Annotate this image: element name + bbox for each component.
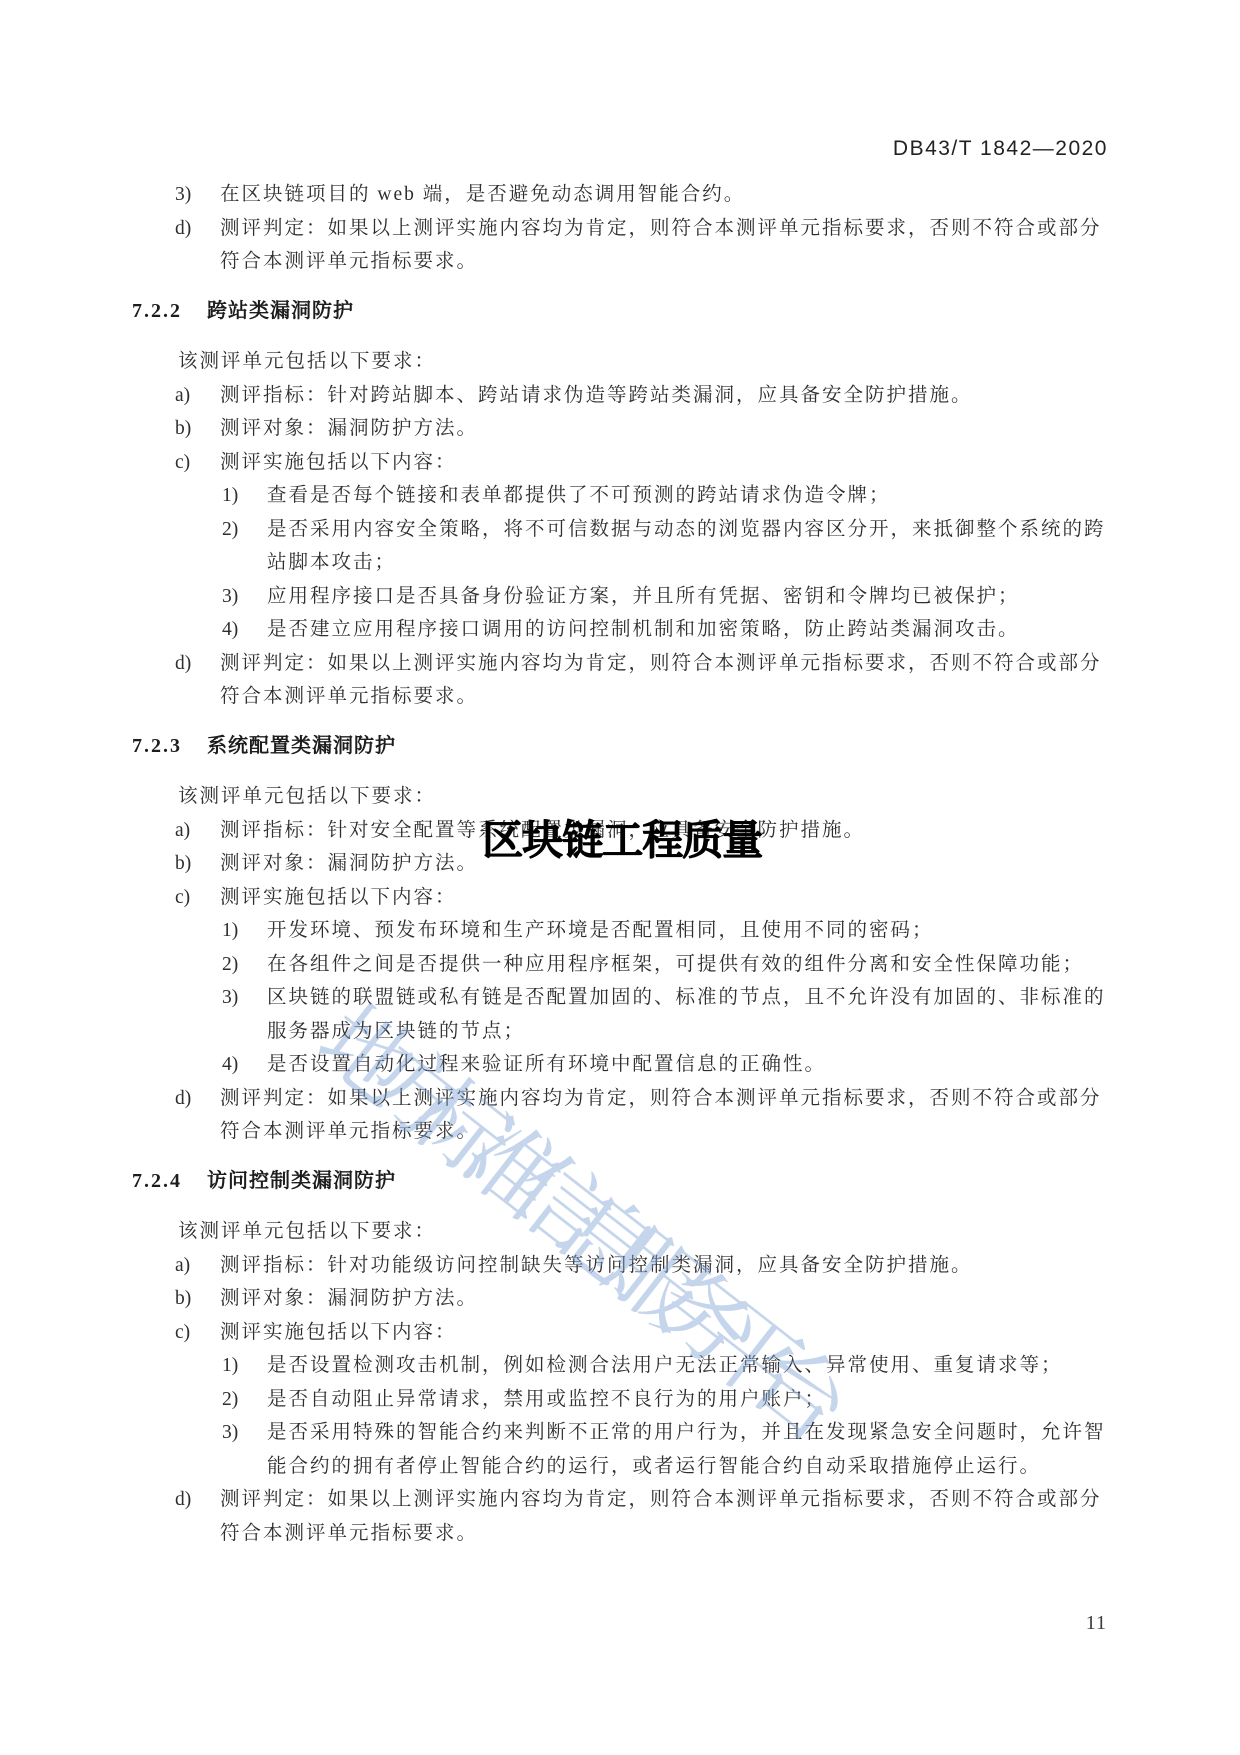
item-text: 测评判定：如果以上测评实施内容均为肯定，则符合本测评单元指标要求，否则不符合或部… [220, 1489, 1102, 1510]
item-label: 2) [222, 948, 267, 982]
overlay-stamp-title: 区块链工程质量 [482, 818, 762, 862]
item-continuation: 符合本测评单元指标要求。 [0, 680, 1240, 714]
item-text: 测评判定：如果以上测评实施内容均为肯定，则符合本测评单元指标要求，否则不符合或部… [220, 653, 1102, 674]
item-text: 测评判定：如果以上测评实施内容均为肯定，则符合本测评单元指标要求，否则不符合或部… [220, 1088, 1102, 1109]
item-label: 1) [222, 914, 267, 948]
item-label: 3) [175, 178, 220, 212]
list-item: d)测评判定：如果以上测评实施内容均为肯定，则符合本测评单元指标要求，否则不符合… [0, 1483, 1240, 1517]
item-label: c) [175, 446, 220, 480]
item-text: 测评对象：漏洞防护方法。 [220, 1288, 478, 1309]
heading-title: 跨站类漏洞防护 [207, 300, 354, 322]
item-label: a) [175, 1249, 220, 1283]
list-item: b)测评对象：漏洞防护方法。 [0, 1282, 1240, 1316]
item-text: 测评对象：漏洞防护方法。 [220, 418, 478, 439]
item-text: 在区块链项目的 web 端，是否避免动态调用智能合约。 [220, 184, 745, 205]
item-text: 是否自动阻止异常请求，禁用或监控不良行为的用户账户； [267, 1389, 826, 1410]
heading-title: 系统配置类漏洞防护 [207, 735, 396, 757]
item-label: b) [175, 847, 220, 881]
list-item: 3)在区块链项目的 web 端，是否避免动态调用智能合约。 [0, 178, 1240, 212]
list-item: c)测评实施包括以下内容： [0, 1316, 1240, 1350]
item-label: c) [175, 881, 220, 915]
heading-title: 访问控制类漏洞防护 [207, 1170, 396, 1192]
item-text: 该测评单元包括以下要求： [178, 786, 436, 807]
item-text: 是否采用内容安全策略，将不可信数据与动态的浏览器内容区分开，来抵御整个系统的跨 [267, 519, 1106, 540]
item-label: 3) [222, 981, 267, 1015]
list-item: d)测评判定：如果以上测评实施内容均为肯定，则符合本测评单元指标要求，否则不符合… [0, 1082, 1240, 1116]
item-continuation: 能合约的拥有者停止智能合约的运行，或者运行智能合约自动采取措施停止运行。 [0, 1450, 1240, 1484]
item-text: 测评实施包括以下内容： [220, 887, 457, 908]
list-item: 1)开发环境、预发布环境和生产环境是否配置相同，且使用不同的密码； [0, 914, 1240, 948]
item-text: 是否设置自动化过程来验证所有环境中配置信息的正确性。 [267, 1054, 826, 1075]
heading-number: 7.2.3 [132, 730, 207, 764]
item-text: 测评实施包括以下内容： [220, 452, 457, 473]
paragraph: 该测评单元包括以下要求： [0, 1215, 1240, 1249]
item-continuation: 符合本测评单元指标要求。 [0, 1115, 1240, 1149]
list-item: d)测评判定：如果以上测评实施内容均为肯定，则符合本测评单元指标要求，否则不符合… [0, 212, 1240, 246]
item-label: d) [175, 212, 220, 246]
item-label: d) [175, 1082, 220, 1116]
item-text: 在各组件之间是否提供一种应用程序框架，可提供有效的组件分离和安全性保障功能； [267, 954, 1084, 975]
item-label: a) [175, 814, 220, 848]
item-text: 查看是否每个链接和表单都提供了不可预测的跨站请求伪造令牌； [267, 485, 891, 506]
item-label: 3) [222, 1416, 267, 1450]
list-item: 4)是否建立应用程序接口调用的访问控制机制和加密策略，防止跨站类漏洞攻击。 [0, 613, 1240, 647]
item-label: 2) [222, 1383, 267, 1417]
heading-number: 7.2.2 [132, 295, 207, 329]
item-label: d) [175, 1483, 220, 1517]
list-item: 1)是否设置检测攻击机制，例如检测合法用户无法正常输入、异常使用、重复请求等； [0, 1349, 1240, 1383]
item-text: 该测评单元包括以下要求： [178, 351, 436, 372]
heading-number: 7.2.4 [132, 1165, 207, 1199]
item-text: 是否建立应用程序接口调用的访问控制机制和加密策略，防止跨站类漏洞攻击。 [267, 619, 1020, 640]
item-text: 测评指标：针对跨站脚本、跨站请求伪造等跨站类漏洞，应具备安全防护措施。 [220, 385, 973, 406]
content-area: 3)在区块链项目的 web 端，是否避免动态调用智能合约。d)测评判定：如果以上… [0, 0, 1240, 1550]
item-label: a) [175, 379, 220, 413]
paragraph: 该测评单元包括以下要求： [0, 345, 1240, 379]
list-item: 1)查看是否每个链接和表单都提供了不可预测的跨站请求伪造令牌； [0, 479, 1240, 513]
item-label: c) [175, 1316, 220, 1350]
item-label: 3) [222, 580, 267, 614]
document-page: DB43/T 1842—2020 3)在区块链项目的 web 端，是否避免动态调… [0, 0, 1240, 1755]
item-text: 测评对象：漏洞防护方法。 [220, 853, 478, 874]
item-text: 该测评单元包括以下要求： [178, 1221, 436, 1242]
item-label: d) [175, 647, 220, 681]
list-item: c)测评实施包括以下内容： [0, 881, 1240, 915]
list-item: a)测评指标：针对功能级访问控制缺失等访问控制类漏洞，应具备安全防护措施。 [0, 1249, 1240, 1283]
section-heading: 7.2.2跨站类漏洞防护 [0, 295, 1240, 329]
item-text: 测评实施包括以下内容： [220, 1322, 457, 1343]
paragraph: 该测评单元包括以下要求： [0, 780, 1240, 814]
item-label: 2) [222, 513, 267, 547]
list-item: 3)是否采用特殊的智能合约来判断不正常的用户行为，并且在发现紧急安全问题时，允许… [0, 1416, 1240, 1450]
section-heading: 7.2.3系统配置类漏洞防护 [0, 730, 1240, 764]
section-heading: 7.2.4访问控制类漏洞防护 [0, 1165, 1240, 1199]
list-item: 3)应用程序接口是否具备身份验证方案，并且所有凭据、密钥和令牌均已被保护； [0, 580, 1240, 614]
list-item: 2)在各组件之间是否提供一种应用程序框架，可提供有效的组件分离和安全性保障功能； [0, 948, 1240, 982]
list-item: c)测评实施包括以下内容： [0, 446, 1240, 480]
item-label: 4) [222, 1048, 267, 1082]
list-item: a)测评指标：针对跨站脚本、跨站请求伪造等跨站类漏洞，应具备安全防护措施。 [0, 379, 1240, 413]
item-continuation: 符合本测评单元指标要求。 [0, 245, 1240, 279]
item-label: 1) [222, 1349, 267, 1383]
list-item: d)测评判定：如果以上测评实施内容均为肯定，则符合本测评单元指标要求，否则不符合… [0, 647, 1240, 681]
item-continuation: 站脚本攻击； [0, 546, 1240, 580]
list-item: 2)是否采用内容安全策略，将不可信数据与动态的浏览器内容区分开，来抵御整个系统的… [0, 513, 1240, 547]
item-label: 4) [222, 613, 267, 647]
item-label: b) [175, 412, 220, 446]
list-item: b)测评对象：漏洞防护方法。 [0, 412, 1240, 446]
item-text: 应用程序接口是否具备身份验证方案，并且所有凭据、密钥和令牌均已被保护； [267, 586, 1020, 607]
item-text: 测评指标：针对功能级访问控制缺失等访问控制类漏洞，应具备安全防护措施。 [220, 1255, 973, 1276]
item-text: 是否设置检测攻击机制，例如检测合法用户无法正常输入、异常使用、重复请求等； [267, 1355, 1063, 1376]
item-text: 开发环境、预发布环境和生产环境是否配置相同，且使用不同的密码； [267, 920, 934, 941]
item-text: 区块链的联盟链或私有链是否配置加固的、标准的节点，且不允许没有加固的、非标准的 [267, 987, 1106, 1008]
list-item: 4)是否设置自动化过程来验证所有环境中配置信息的正确性。 [0, 1048, 1240, 1082]
item-text: 测评判定：如果以上测评实施内容均为肯定，则符合本测评单元指标要求，否则不符合或部… [220, 218, 1102, 239]
item-continuation: 符合本测评单元指标要求。 [0, 1517, 1240, 1551]
item-label: 1) [222, 479, 267, 513]
item-label: b) [175, 1282, 220, 1316]
page-number: 11 [1086, 1612, 1107, 1635]
item-continuation: 服务器成为区块链的节点； [0, 1015, 1240, 1049]
list-item: 2)是否自动阻止异常请求，禁用或监控不良行为的用户账户； [0, 1383, 1240, 1417]
list-item: 3)区块链的联盟链或私有链是否配置加固的、标准的节点，且不允许没有加固的、非标准… [0, 981, 1240, 1015]
item-text: 是否采用特殊的智能合约来判断不正常的用户行为，并且在发现紧急安全问题时，允许智 [267, 1422, 1106, 1443]
